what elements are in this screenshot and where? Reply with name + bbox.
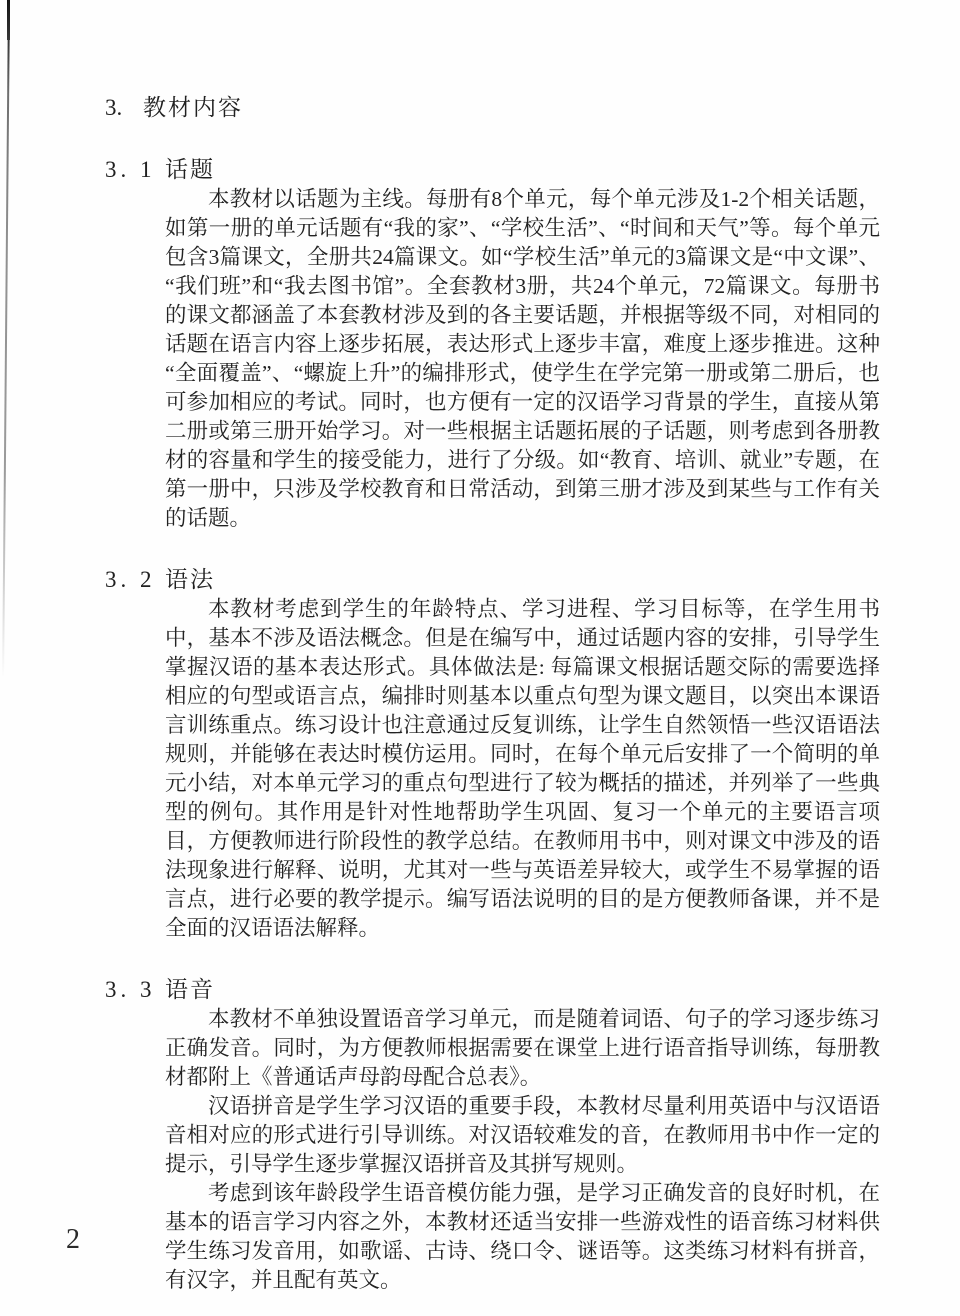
subsection-title: 语法 [165,565,215,595]
page-number: 2 [66,1224,80,1256]
subsection-title: 语音 [165,975,215,1005]
subsection-number: 3. 3 [105,975,165,1005]
subsection-title: 话题 [165,155,215,185]
body-paragraph: 本教材不单独设置语音学习单元，而是随着词语、句子的学习逐步练习正确发音。同时，为… [165,1005,880,1092]
body-paragraph: 本教材考虑到学生的年龄特点、学习进程、学习目标等，在学生用书中，基本不涉及语法概… [165,595,880,943]
scanned-document-page: 3. 教材内容 3. 1话题本教材以话题为主线。每册有8个单元，每个单元涉及1-… [0,0,960,1316]
subsection-heading: 3. 2语法 [105,565,880,595]
subsection: 3. 1话题本教材以话题为主线。每册有8个单元，每个单元涉及1-2个相关话题，如… [105,155,880,533]
subsection-heading: 3. 3语音 [105,975,880,1005]
section-heading: 3. 教材内容 [105,93,880,123]
body-paragraph: 汉语拼音是学生学习汉语的重要手段，本教材尽量利用英语中与汉语语音相对应的形式进行… [165,1092,880,1179]
page-content: 3. 教材内容 3. 1话题本教材以话题为主线。每册有8个单元，每个单元涉及1-… [105,93,880,1295]
section-number: 3. [105,93,143,123]
subsection: 3. 2语法本教材考虑到学生的年龄特点、学习进程、学习目标等，在学生用书中，基本… [105,565,880,943]
subsection: 3. 3语音本教材不单独设置语音学习单元，而是随着词语、句子的学习逐步练习正确发… [105,975,880,1295]
subsections: 3. 1话题本教材以话题为主线。每册有8个单元，每个单元涉及1-2个相关话题，如… [105,155,880,1295]
body-paragraph: 本教材以话题为主线。每册有8个单元，每个单元涉及1-2个相关话题，如第一册的单元… [165,185,880,533]
subsection-number: 3. 1 [105,155,165,185]
subsection-heading: 3. 1话题 [105,155,880,185]
subsection-number: 3. 2 [105,565,165,595]
scan-edge-artifact [2,0,10,678]
section-title: 教材内容 [143,93,243,123]
body-paragraph: 考虑到该年龄段学生语音模仿能力强，是学习正确发音的良好时机，在基本的语言学习内容… [165,1179,880,1295]
